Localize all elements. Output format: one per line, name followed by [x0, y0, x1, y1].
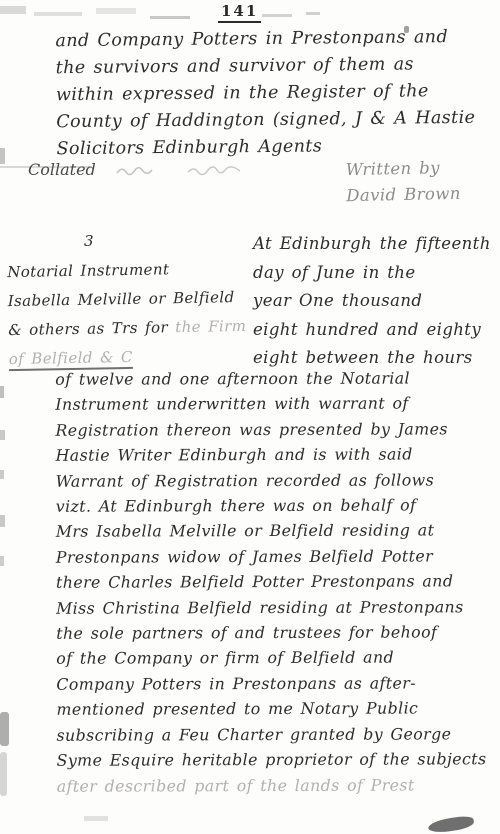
manuscript-line: year One thousand [253, 287, 491, 316]
manuscript-line: Notarial Instrument [7, 254, 246, 287]
margin-note-faded: the Firm [175, 317, 246, 336]
manuscript-line: the sole partners of and trustees for be… [56, 619, 486, 646]
scan-artifact [0, 556, 4, 566]
scan-artifact [0, 6, 26, 14]
scan-artifact [0, 430, 5, 440]
page-number: 141 [218, 2, 261, 23]
manuscript-line: Miss Christina Belfield residing at Pres… [56, 594, 486, 621]
writer-signature: David Brown [346, 181, 461, 209]
manuscript-line: Hastie Writer Edinburgh and is with said [56, 441, 486, 468]
manuscript-page: 141 and Company Potters in Prestonpans a… [0, 0, 500, 834]
writer-attribution: Written by David Brown [345, 155, 461, 209]
scan-artifact [0, 148, 5, 164]
manuscript-line: Instrument underwritten with warrant of [55, 391, 485, 418]
manuscript-line: day of June in the [253, 259, 491, 288]
written-by-label: Written by [345, 155, 460, 183]
scan-artifact [0, 752, 7, 796]
manuscript-line: of the Company or firm of Belfield and [56, 645, 486, 672]
manuscript-line: Registration thereon was presented by Ja… [55, 416, 485, 443]
manuscript-line: County of Haddington (signed, J & A Hast… [56, 105, 475, 136]
manuscript-line: subscribing a Feu Charter granted by Geo… [56, 721, 486, 748]
manuscript-line: Mrs Isabella Melville or Belfield residi… [56, 518, 486, 545]
scan-artifact [0, 386, 4, 398]
manuscript-line: Isabella Melville or Belfield [8, 283, 247, 316]
scan-artifact [96, 8, 136, 14]
manuscript-line: of twelve and one afternoon the Notarial [55, 365, 485, 392]
manuscript-line: there Charles Belfield Potter Prestonpan… [56, 568, 486, 595]
entry-number: 3 [84, 232, 94, 250]
margin-docket: Notarial Instrument Isabella Melville or… [7, 254, 247, 374]
scan-artifact [84, 816, 108, 821]
manuscript-line: Warrant of Registration recorded as foll… [56, 467, 486, 494]
manuscript-line-faded: after described part of the lands of Pre… [57, 772, 487, 799]
manuscript-line: At Edinburgh the fifteenth [253, 230, 491, 259]
manuscript-line: Syme Esquire heritable proprietor of the… [57, 746, 487, 773]
faded-pencil-marks [186, 164, 244, 178]
ink-smudge [427, 815, 474, 834]
manuscript-line: vizt. At Edinburgh there was on behalf o… [56, 492, 486, 519]
faded-pencil-marks [115, 164, 167, 178]
scan-artifact [0, 470, 4, 479]
margin-note-dark: & others as Trs for [8, 318, 175, 339]
entry-opening-column: At Edinburgh the fifteenth day of June i… [253, 230, 491, 373]
scan-artifact [0, 515, 5, 527]
scan-artifact [262, 14, 292, 17]
manuscript-line: eight hundred and eighty [253, 316, 491, 345]
manuscript-line: mentioned presented to me Notary Public [56, 696, 486, 723]
manuscript-line: & others as Trs for the Firm [8, 312, 247, 345]
scan-artifact [306, 12, 320, 15]
scan-artifact [150, 16, 190, 19]
manuscript-line: Company Potters in Prestonpans as after- [56, 670, 486, 697]
collated-label: Collated [28, 160, 96, 179]
entry-body-text: of twelve and one afternoon the Notarial… [55, 365, 486, 798]
collation-note: Collated [28, 160, 244, 179]
scan-artifact [0, 712, 9, 746]
closing-paragraph: and Company Potters in Prestonpans and t… [55, 24, 475, 163]
manuscript-line: Prestonpans widow of James Belfield Pott… [56, 543, 486, 570]
scan-artifact [34, 12, 82, 16]
